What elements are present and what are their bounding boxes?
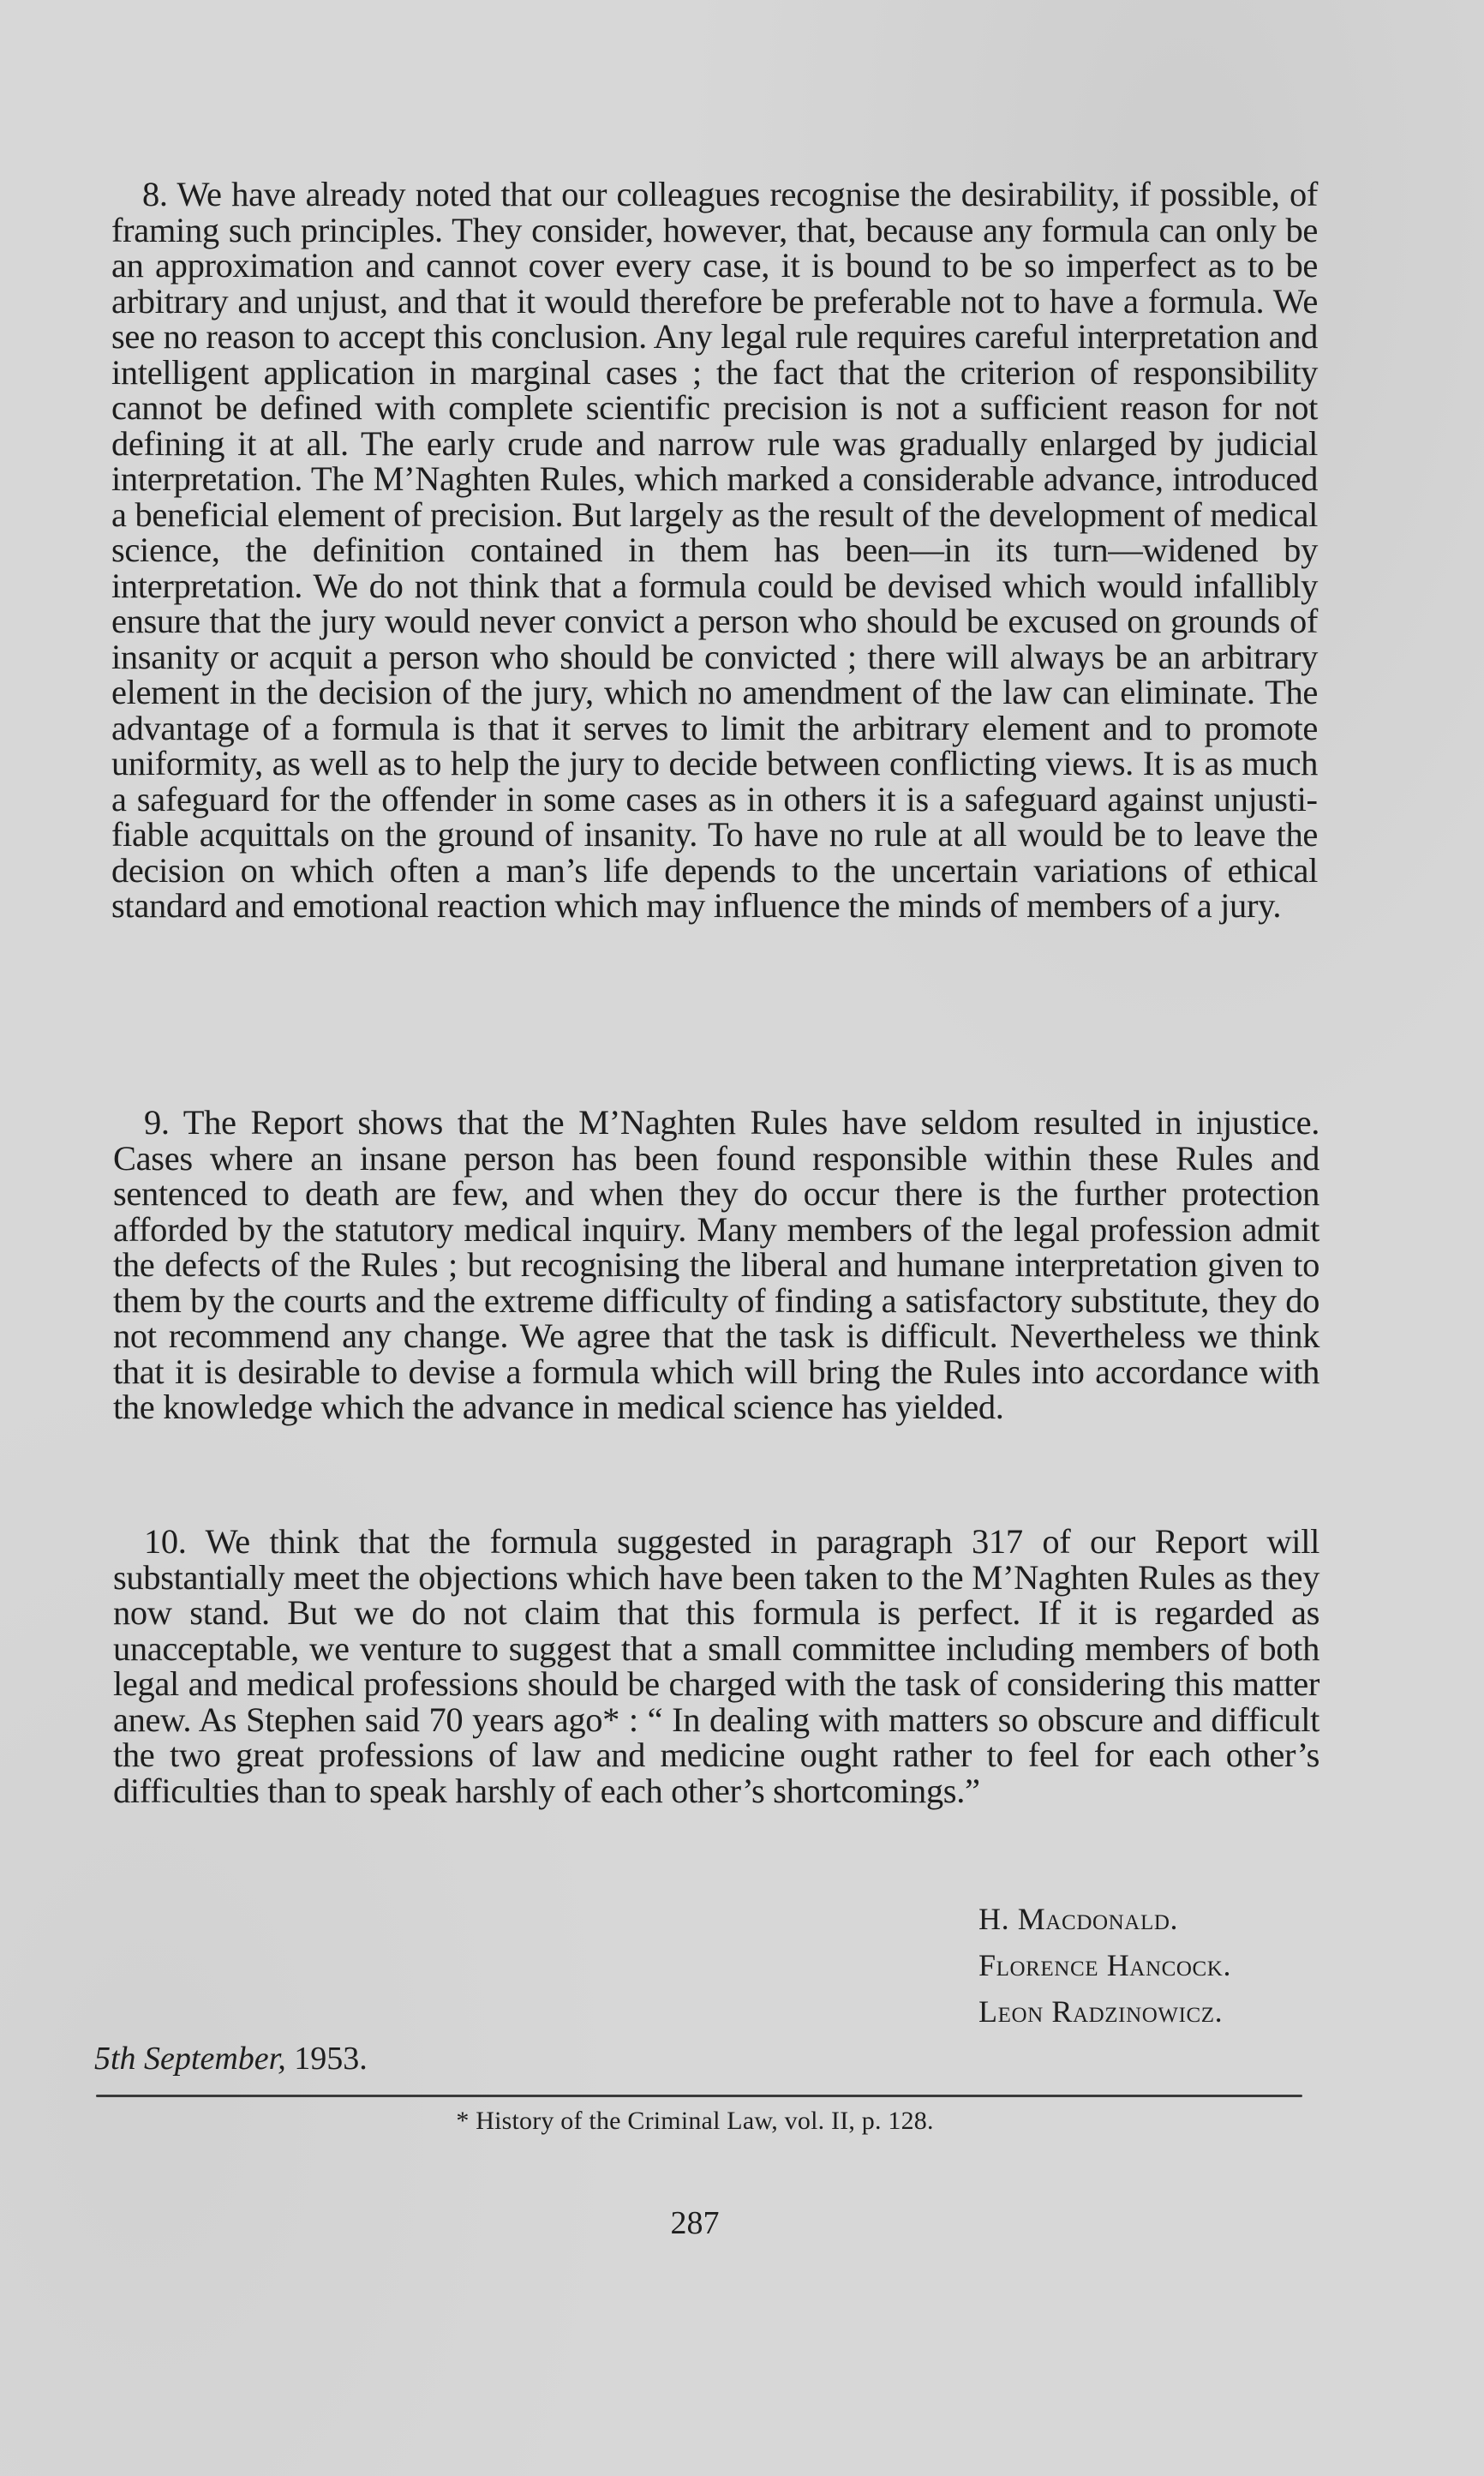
paragraph-8-text: 8. We have already noted that our collea…: [111, 177, 1318, 924]
signing-date-day: 5th September,: [94, 2041, 286, 2077]
signing-date-year: 1953.: [286, 2041, 368, 2077]
signatory-radzinowicz: Leon Radzinowicz.: [978, 1988, 1231, 2035]
paragraph-9: 9. The Report shows that the M’Naghten R…: [113, 1105, 1319, 1425]
footnote-divider: [96, 2095, 1302, 2097]
paragraph-10-text: 10. We think that the formula suggested …: [113, 1524, 1319, 1808]
signing-date: 5th September, 1953.: [94, 2040, 368, 2077]
page-number: 287: [0, 2204, 1484, 2242]
footnote: * History of the Criminal Law, vol. II, …: [0, 2107, 1484, 2136]
signatory-macdonald: H. Macdonald.: [978, 1896, 1231, 1942]
document-page: 8. We have already noted that our collea…: [0, 0, 1484, 2476]
signatory-hancock: Florence Hancock.: [978, 1942, 1231, 1988]
paragraph-8: 8. We have already noted that our collea…: [111, 177, 1318, 924]
paragraph-10: 10. We think that the formula suggested …: [113, 1524, 1319, 1808]
paragraph-9-text: 9. The Report shows that the M’Naghten R…: [113, 1105, 1319, 1425]
signatures-block: H. Macdonald. Florence Hancock. Leon Rad…: [978, 1896, 1231, 2035]
